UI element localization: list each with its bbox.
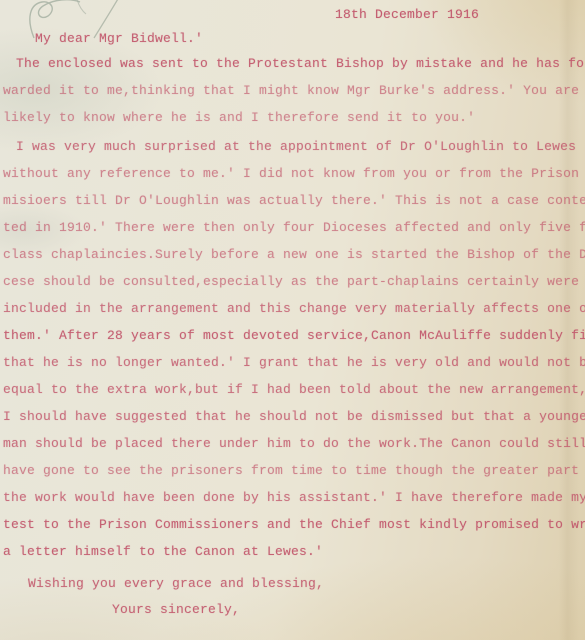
letter-page: 18th December 1916 My dear Mgr Bidwell.'… (0, 0, 585, 640)
closing-line: Wishing you every grace and blessing, (28, 570, 324, 597)
letter-line: have gone to see the prisoners from time… (3, 457, 585, 484)
letter-line: I should have suggested that he should n… (3, 403, 585, 430)
letter-line: them.' After 28 years of most devoted se… (3, 322, 585, 349)
letter-line: that he is no longer wanted.' I grant th… (3, 349, 585, 376)
letter-line: ted in 1910.' There were then only four … (3, 214, 585, 241)
paragraph-1: The enclosed was sent to the Protestant … (3, 50, 585, 131)
letter-line: test to the Prison Commissioners and the… (3, 511, 585, 538)
letter-line: included in the arrangement and this cha… (3, 295, 585, 322)
letter-line: warded it to me,thinking that I might kn… (3, 77, 585, 104)
salutation: My dear Mgr Bidwell.' (35, 25, 203, 52)
letter-line: misioers till Dr O'Loughlin was actually… (3, 187, 585, 214)
letter-line: without any reference to me.' I did not … (3, 160, 585, 187)
letter-line: the work would have been done by his ass… (3, 484, 585, 511)
letter-line: man should be placed there under him to … (3, 430, 585, 457)
letter-line: The enclosed was sent to the Protestant … (3, 50, 585, 77)
letter-line: class chaplaincies.Surely before a new o… (3, 241, 585, 268)
letter-line: a letter himself to the Canon at Lewes.' (3, 538, 585, 565)
letter-line: cese should be consulted,especially as t… (3, 268, 585, 295)
paragraph-2: I was very much surprised at the appoint… (3, 133, 585, 565)
letter-line: likely to know where he is and I therefo… (3, 104, 585, 131)
letter-line: equal to the extra work,but if I had bee… (3, 376, 585, 403)
letter-line: I was very much surprised at the appoint… (3, 133, 585, 160)
letter-date: 18th December 1916 (335, 1, 479, 28)
signoff-line: Yours sincerely, (112, 596, 240, 623)
